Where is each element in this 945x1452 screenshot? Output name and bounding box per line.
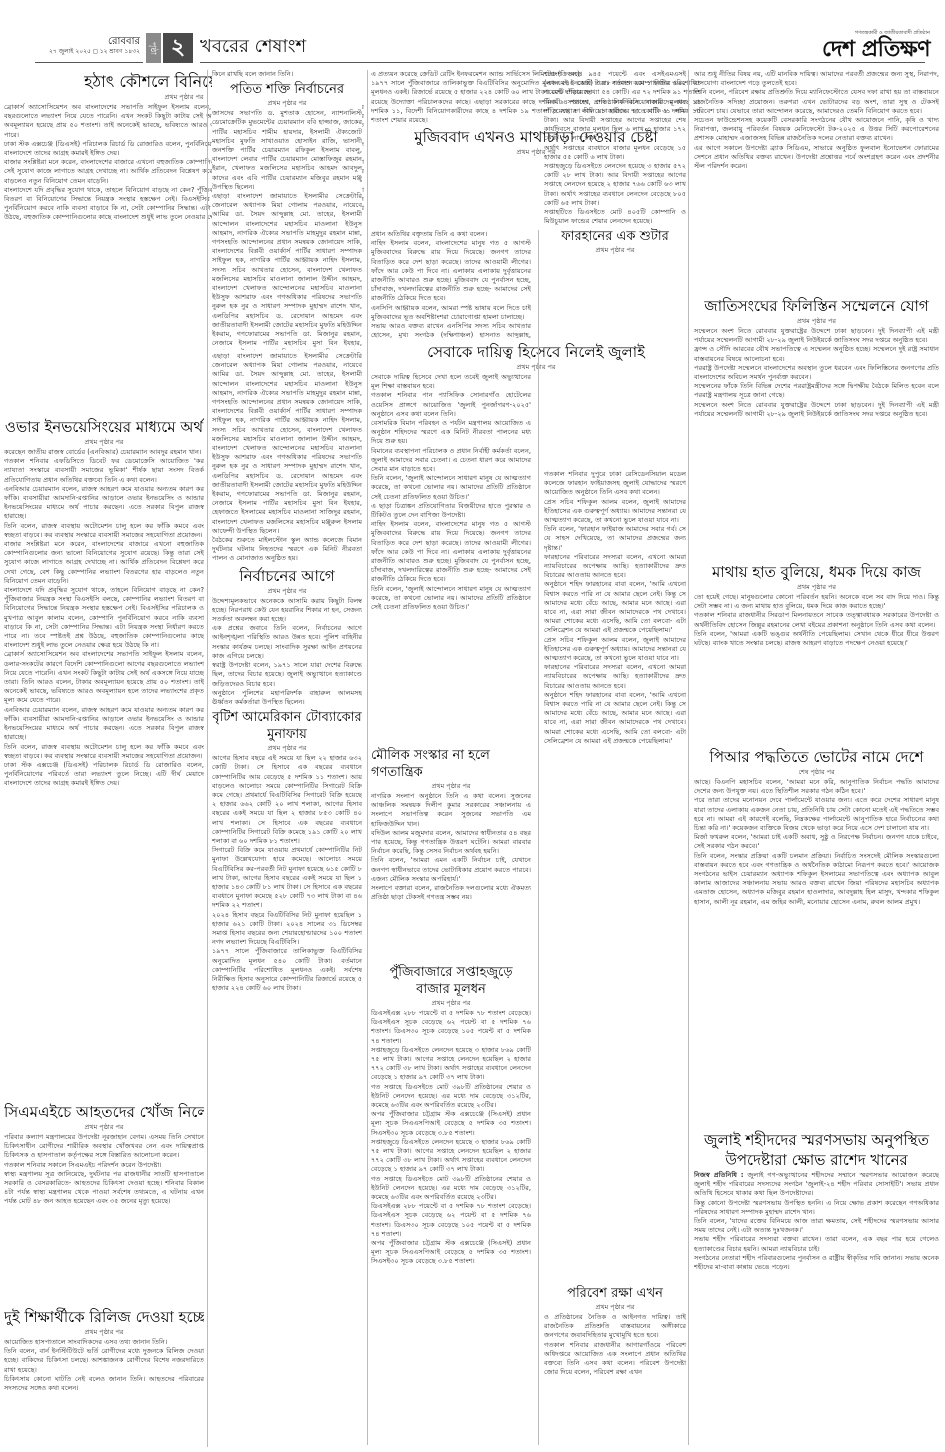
article-farhan-shooter: গতকাল শনিবার দুপুরে ঢাকা রেসিডেনসিয়াল ম… <box>544 470 686 1275</box>
paragraph: সেবাকে দায়িত্ব হিসেবে দেখা হলে তবেই জুল… <box>371 373 531 391</box>
paragraph: এর আগে সকালে উপদেষ্টা ব্র্যাক সিডিএম, সা… <box>694 144 939 172</box>
paragraph: গতকাল শনিবার রাজধানীর আগারগাঁওয়ে পরিবেশ… <box>544 1341 686 1378</box>
headline-line-2: উপদেষ্টারা ক্ষোভ রাশেদ খানের <box>694 1150 939 1170</box>
paragraph: সপ্তাহজুড়ে ডিএসইতে লেনদেন হয়েছে ৩ হাজা… <box>371 1046 531 1083</box>
article-mujibism: প্রধান অতিথির বক্তৃতায় তিনি এ কথা বলেন।… <box>371 230 531 338</box>
paragraph: ও প্রতিষ্ঠানের নৈতিক ও আইনগত দায়িত্ব। ত… <box>544 1313 686 1341</box>
headline: ওভার ইনভয়েসিংয়ের মাধ্যমে অর্থ <box>4 417 204 437</box>
logo-wordmark: দেশ প্রতিক্ষণ <box>770 37 930 63</box>
paragraph: এনবিআর চেয়ারম্যান বলেন, রাজস্ব আহরণ কমে… <box>4 706 204 743</box>
paragraph: অনুষ্ঠানে শহিদ ফারহানের বাবা বলেন, 'আমি … <box>544 691 686 746</box>
paragraph: গতকাল শনিবার দুপুরে ঢাকা রেসিডেনসিয়াল ম… <box>544 470 686 498</box>
paragraph: পরে তারা তাদের মনোনয়ন দেবে পার্লামেন্টে… <box>694 796 939 833</box>
paragraph: তিনি বলেন, রাজস্ব ব্যবস্থায় অটোমেশন চাল… <box>4 522 204 540</box>
weekday: রোববার <box>30 36 140 48</box>
paragraph: ডিএসইএক্স ২৮৮ পয়েন্টে বা ৫ দশমিক ৭৮ শতা… <box>371 1009 531 1046</box>
paragraph: বৈঠকের শুরুতে মাইলস্টোন স্কুল অ্যান্ড কল… <box>212 536 362 564</box>
paragraph: স্বরাষ্ট্র উপদেষ্টা বলেন, ১৯৭১ সালে যারা… <box>212 661 362 689</box>
paragraph: গত সপ্তাহে ডিএসইতে মোট ৩৯৮টি প্রতিষ্ঠানে… <box>371 1083 531 1111</box>
paragraph: তিনি বলেন, 'জুলাই আন্দোলনে সাধারণ মানুষ … <box>371 474 531 502</box>
paragraph: নাগরিক সংলাপ অনুষ্ঠানে তিনি এ কথা বলেন। … <box>371 792 531 829</box>
article-col2-continued: এছাড়া বাংলাদেশ জামায়াতে ইসলামীর সেক্রে… <box>212 352 362 1447</box>
paragraph: আর শুধু নীতির বিষয় নয়, এটি মানবিক দায়… <box>694 70 939 88</box>
continuation-note: শেষ পৃষ্ঠার পর <box>694 768 939 777</box>
paragraph: তিনি বলেন, 'জুলাই আন্দোলনে সাধারণ মানুষ … <box>371 585 531 613</box>
page-label: পৃষ্ঠা <box>146 33 161 63</box>
article-over-invoicing: ওভার ইনভয়েসিংয়ের মাধ্যমে অর্থ প্রথম পৃ… <box>4 415 204 1095</box>
continuation-note: প্রথম পৃষ্ঠার পর <box>371 782 531 791</box>
paragraph: স্বাস্থ্য মন্ত্রণালয় সূত্র জানিয়েছে, দ… <box>4 1170 204 1207</box>
headline: বৃটিশ আমেরিকান টোব্যাকোর মুনাফায় <box>212 709 362 743</box>
paragraph: প্রেস সচিব শফিকুল আলম বলেন, জুলাই আমাদের… <box>544 498 686 526</box>
paragraph: সপ্তাহজুড়ে ডিএসইতে লেনদেন হয়েছে ৩ হাজা… <box>371 1138 531 1175</box>
paragraph: তিনি বলেন, 'আমরা এমন একটি নির্বাচন চাই, … <box>371 856 531 884</box>
headline-line-1: জুলাই শহীদদের স্মরণসভায় অনুপস্থিত <box>694 1130 939 1150</box>
paragraph: করেছেন জাতীয় রাজস্ব বোর্ডের (এনবিআর) চে… <box>4 448 204 457</box>
paragraph: নাহিদ ইসলাম বলেন, বাংলাদেশের মানুষ গত ৫ … <box>371 520 531 584</box>
paragraph: পররাষ্ট্র উপদেষ্টা সম্মেলনে বাংলাদেশের অ… <box>694 364 939 382</box>
paragraph: তিনি বলেন, সংস্কার প্রক্রিয়া একটি চলমান… <box>694 852 939 907</box>
paragraph: তিনি বলেন, পরিবেশ রক্ষায় প্রতিশ্রুতি দি… <box>694 88 939 116</box>
paragraph: মির্জা ফখরুল বলেন, 'আমরা চাই একটি অবাধ, … <box>694 833 939 851</box>
continuation-note: প্রথম পৃষ্ঠার পর <box>544 246 686 255</box>
continuation-note: প্রথম পৃষ্ঠার পর <box>4 438 204 447</box>
paragraph: গতকাল শনিবার পান প্যাসিফিক সোনারগাঁও হোট… <box>371 391 531 419</box>
headline: সিএমএইচে আহতদের খোঁজ নিলেন <box>4 1102 204 1122</box>
column-divider <box>367 70 368 1445</box>
column-divider <box>207 70 208 352</box>
paragraph: এ ছাড়া চিত্রাঙ্কন প্রতিযোগিতার বিজয়ীদে… <box>371 502 531 520</box>
paragraph: গতকাল শনিবার রাজধানীর সিরডাপ মিলনায়তনে … <box>694 611 939 629</box>
continuation-note: প্রথম পৃষ্ঠার পর <box>694 317 939 326</box>
paragraph: তিনি বলেন, বার্ন ইনস্টিটিউটে ভর্তি রোগীদ… <box>4 1347 204 1375</box>
paragraph: গত সপ্তাহে ডিএসইতে মোট ৩৯৮টি প্রতিষ্ঠানে… <box>371 1175 531 1203</box>
paragraph: অনুষ্ঠানে পুলিশের মহাপরিদর্শক বাহারুল আল… <box>212 689 362 707</box>
paragraph: সচেতন ফাউন্ডেশনসহ কয়েকটি বেসরকারি সংগঠন… <box>694 116 939 144</box>
paragraph: অপর পুঁজিবাজার চট্টগ্রাম স্টক এক্সচেঞ্জে… <box>371 1110 531 1138</box>
paragraph: সপ্তাহটিতে ডিএসইতে মোট ৪০৫টি কোম্পানি ও … <box>544 208 686 226</box>
paragraph: সিগারেট বিক্রি কমে যাওয়ায় প্রথমার্ধে ক… <box>212 846 362 910</box>
article-un-palestine: জাতিসংঘের ফিলিস্তিন সম্মেলনে যোগ প্রথম প… <box>694 294 939 556</box>
paragraph: ফারহানের পরিবারের সদস্যরা বলেন, এখনো আমর… <box>544 553 686 581</box>
paragraph: সপ্তাহজুড়ে ডিএসইতে লেনদেন হয়েছে ৩ হাজা… <box>544 162 686 208</box>
paragraph: জাসদের সভাপতি ড. মুশতাক হোসেন, ন্যাশনালি… <box>212 109 362 192</box>
article-fallen-forces: কিনে রাখছি বলে জানান তিনি। পতিত শক্তি নি… <box>212 70 362 350</box>
headline: পিআর পদ্ধতিতে ভোটের নামে দেশে <box>694 747 939 767</box>
headline: জাতিসংঘের ফিলিস্তিন সম্মেলনে যোগ <box>694 296 939 316</box>
paragraph: ঢাকা স্টক এক্সচেঞ্জ (ডিএসই) পরিচালক রিচা… <box>4 761 204 789</box>
masthead-divider <box>200 62 925 63</box>
paragraph: তো হয়েই গেছে। মানুষগুলোর কোনো পরিবর্তন … <box>694 593 939 611</box>
logo-tagline: গণতন্ত্রকামী ও জাতীয়তাবাদী প্রতিষ্ঠান <box>770 30 930 37</box>
paragraph: সভায় শহীদ পরিবারের সদস্যরা বক্তব্য রাখে… <box>694 1235 939 1253</box>
headline: পরিবেশ রক্ষা এখন <box>544 1285 686 1302</box>
paragraph: এছাড়া বাংলাদেশ জামায়াতে ইসলামীর সেক্রে… <box>212 352 362 536</box>
paragraph: গতকাল শনিবার সকালে সিএমএইচ পরিদর্শন করেন… <box>4 1161 204 1170</box>
column-divider <box>207 352 208 1447</box>
paragraph: আছে। বিএনপি মহাসচিব বলেন, 'আমরা মনে করি,… <box>694 778 939 796</box>
paragraph: ফ্রান্স ও সৌদি আরবের যৌথ সভাপতিত্বে এ সম… <box>694 345 939 363</box>
continuation-note: প্রথম পৃষ্ঠার পর <box>212 99 362 108</box>
headline: মৌলিক সংস্কার না হলে গণতান্ত্রিক <box>371 747 531 781</box>
paragraph: অনুষ্ঠানে শহিদ ফারহানের বাবা বলেন, 'আমি … <box>544 580 686 635</box>
column-divider <box>688 70 689 1445</box>
article-cmh-visit: সিএমএইচে আহতদের খোঁজ নিলেন প্রথম পৃষ্ঠার… <box>4 1100 204 1265</box>
paragraph: সম্মেলনের ফাঁকে তিনি বিভিন্ন দেশের পররাষ… <box>694 382 939 400</box>
paragraph: বদিউল আলম মজুমদার বলেন, আমাদের স্বাধীনতা… <box>371 829 531 857</box>
paragraph: ফারহানের পরিবারের সদস্যরা বলেন, এখনো আমর… <box>544 663 686 691</box>
section-title: খবরের শেষাংশ <box>200 34 306 60</box>
paragraph: তিনি বলেন, 'ফারহান ফাইয়াজ আমাদের সবার গ… <box>544 525 686 553</box>
paragraph: অপর পুঁজিবাজার চট্টগ্রাম স্টক এক্সচেঞ্জে… <box>371 1239 531 1267</box>
headline: পতিত শক্তি নির্বাচনের <box>212 81 362 98</box>
continuation-note: প্রথম পৃষ্ঠার পর <box>212 587 362 596</box>
paragraph: নিজস্ব প্রতিনিধি : জুলাই গণ-অভ্যুত্থানের… <box>694 1171 939 1199</box>
paragraph: তিনি বলেন, রাজস্ব ব্যবস্থায় অটোমেশন চাল… <box>4 743 204 761</box>
paragraph: ২০২৪ হিসাব বছরে বিএটিবিসির নিট মুনাফা হয… <box>212 911 362 948</box>
paragraph: সম্মেলনে অংশ নিতে রোববার যুক্তরাষ্ট্রের … <box>694 401 939 419</box>
continuation-note: প্রথম পৃষ্ঠার পর <box>4 1123 204 1132</box>
paragraph: আয়োজিত হাসপাতালে সাংবাদিকদের এসব তথ্য জ… <box>4 1338 204 1347</box>
continuation-note: প্রথম পৃষ্ঠার পর <box>4 1328 204 1337</box>
article-investment-withdrawal-cont <box>4 352 204 402</box>
article-students-release: দুই শিক্ষার্থীকে রিলিজ দেওয়া হচ্ছে, ভর্… <box>4 1305 204 1450</box>
paragraph: ডিএসইএক্স ২৮৮ পয়েন্টে বা ৫ দশমিক ৭৮ শতা… <box>371 1202 531 1239</box>
headline: দুই শিক্ষার্থীকে রিলিজ দেওয়া হচ্ছে, ভর্… <box>4 1307 204 1327</box>
masthead-divider <box>35 62 143 63</box>
paragraph: তিনি বলেন, 'আমরা একটি ভঙ্গুর অর্থনীতি পে… <box>694 630 939 648</box>
paragraph: এক প্রশ্নের জবাবে তিনি বলেন, নির্বাচনের … <box>212 624 362 661</box>
article-pat-on-head: মাথায় হাত বুলিয়ে, ধমক দিয়ে কাজ প্রথম … <box>694 560 939 690</box>
paragraph: বেসামরিক বিমান পরিবহন ও পর্যটন মন্ত্রণাল… <box>371 419 531 447</box>
article-market-cap: শতাংশ বেড়ে ৯৪৫ পয়েন্টে এবং এসইএমএসই (এ… <box>544 70 686 465</box>
paragraph: পরিবার কল্যাণ মন্ত্রণালয়ের উপদেষ্টা নূর… <box>4 1133 204 1161</box>
paragraph: সম্মেলনে অংশ নিতে রোববার যুক্তরাষ্ট্রের … <box>694 327 939 345</box>
continuation-note: প্রথম পৃষ্ঠার পর <box>371 999 531 1008</box>
article-july-martyrs: জুলাই শহীদদের স্মরণসভায় অনুপস্থিত উপদেষ… <box>694 1128 939 1448</box>
paragraph: ১৯৭৭ সালে পুঁজিবাজারে তালিকাভুক্ত বিএটিব… <box>212 947 362 993</box>
paragraph: উদ্দেশ্যমূলকভাবে অনেককে আসামি করায় কিছু… <box>212 597 362 625</box>
paragraph: নাহিদ ইসলাম বলেন, বাংলাদেশের মানুষ গত ৫ … <box>371 239 531 303</box>
article-stock-market-week: পুঁজিবাজারে সপ্তাহজুড়ে বাজার মূলধন প্রথ… <box>371 962 531 1447</box>
paragraph: চিকিৎসায় কোনো ঘাটতি নেই বলেও জানান তিনি… <box>4 1375 204 1393</box>
headline: নির্বাচনের আগে <box>212 566 362 586</box>
paragraph: আগের হিসাব বছরে এই সময়ে যা ছিল ২২ হাজার… <box>212 754 362 846</box>
newspaper-logo: গণতন্ত্রকামী ও জাতীয়তাবাদী প্রতিষ্ঠান দ… <box>770 30 930 63</box>
article-environment: পরিবেশ রক্ষা এখন প্রথম পৃষ্ঠার পর ও প্রত… <box>544 1283 686 1448</box>
paragraph: প্রেস সচিব শফিকুল আলম বলেন, জুলাই আমাদের… <box>544 636 686 664</box>
paragraph: তিনি বলেন, 'যাদের রক্তের বিনিময়ে আজ তার… <box>694 1217 939 1235</box>
paragraph: সংলাপে বক্তারা বলেন, রাজনৈতিক দলগুলোর মধ… <box>371 884 531 902</box>
headline: পুঁজিবাজারে সপ্তাহজুড়ে বাজার মূলধন <box>371 964 531 998</box>
paragraph: বাংলাদেশে যদি প্রবৃদ্ধির সুযোগ থাকে, তাহ… <box>4 586 204 650</box>
article-fundamental-reform: মৌলিক সংস্কার না হলে গণতান্ত্রিক প্রথম প… <box>371 745 531 960</box>
paragraph: গতকাল শনিবার এফডিসিতে ডিবেট ফর ডেমোক্রেস… <box>4 457 204 485</box>
paragraph: সভায় আরও বক্তব্য রাখেন এনসিপির সদস্য সচ… <box>371 322 531 338</box>
paragraph: সংগঠনের নেতারা শহীদ পরিবারগুলোর পুনর্বাস… <box>694 1254 939 1272</box>
continuation-note: প্রথম পৃষ্ঠার পর <box>544 1303 686 1312</box>
paragraph: কিনে রাখছি বলে জানান তিনি। <box>212 70 362 79</box>
continuation-note: প্রথম পৃষ্ঠার পর <box>212 744 362 753</box>
byline: নিজস্ব প্রতিনিধি : <box>694 1171 744 1179</box>
headline: মাথায় হাত বুলিয়ে, ধমক দিয়ে কাজ <box>694 562 939 582</box>
paragraph: ব্রোকার্স অ্যাসোসিয়েশন অব বাংলাদেশের সভ… <box>4 650 204 705</box>
paragraph: কিন্তু কোনো উপদেষ্টা স্মরণসভায় উপস্থিত … <box>694 1199 939 1217</box>
dateline: রোববার ২৭ জুলাই ২০২৫ ◻ ১২ শ্রাবণ ১৪৩২ <box>30 36 140 56</box>
paragraph: বাজার সংশ্লিষ্টরা মনে করেন, বাংলাদেশের ব… <box>4 540 204 586</box>
article-pr-system: পিআর পদ্ধতিতে ভোটের নামে দেশে শেষ পৃষ্ঠা… <box>694 745 939 1125</box>
paragraph: বিদায়ী সপ্তাহের শেষ কার্যদিবসে বাজার মূ… <box>544 98 686 144</box>
continuation-note: প্রথম পৃষ্ঠার পর <box>694 583 939 592</box>
publication-date: ২৭ জুলাই ২০২৫ ◻ ১২ শ্রাবণ ১৪৩২ <box>30 48 140 56</box>
masthead: রোববার ২৭ জুলাই ২০২৫ ◻ ১২ শ্রাবণ ১৪৩২ পৃ… <box>0 0 945 62</box>
page-number: ২ <box>163 33 193 63</box>
paragraph: অর্থাৎ সপ্তাহের ব্যবধানে বাজার মূলধন বেড… <box>544 144 686 162</box>
paragraph: এনসিপি আহ্বায়ক বলেন, আমরা স্পষ্ট ভাষায়… <box>371 304 531 322</box>
headline: ফারহানের এক শুটার <box>544 228 686 245</box>
paragraph: বিমানের ব্যবস্থাপনা পরিচালক ও প্রধান নির… <box>371 447 531 475</box>
column-divider <box>538 230 539 1445</box>
paragraph: শতাংশ বেড়ে ৯৪৫ পয়েন্টে এবং এসইএমএসই (এ… <box>544 70 686 98</box>
paragraph: এছাড়া বাংলাদেশ জামায়াতে ইসলামীর সেক্রে… <box>212 192 362 350</box>
paragraph: প্রধান অতিথির বক্তৃতায় তিনি এ কথা বলেন। <box>371 230 531 239</box>
article-environment-cont: আর শুধু নীতির বিষয় নয়, এটি মানবিক দায়… <box>694 70 939 292</box>
paragraph: এনবিআর চেয়ারম্যান বলেন, রাজস্ব আহরণ কমে… <box>4 485 204 522</box>
